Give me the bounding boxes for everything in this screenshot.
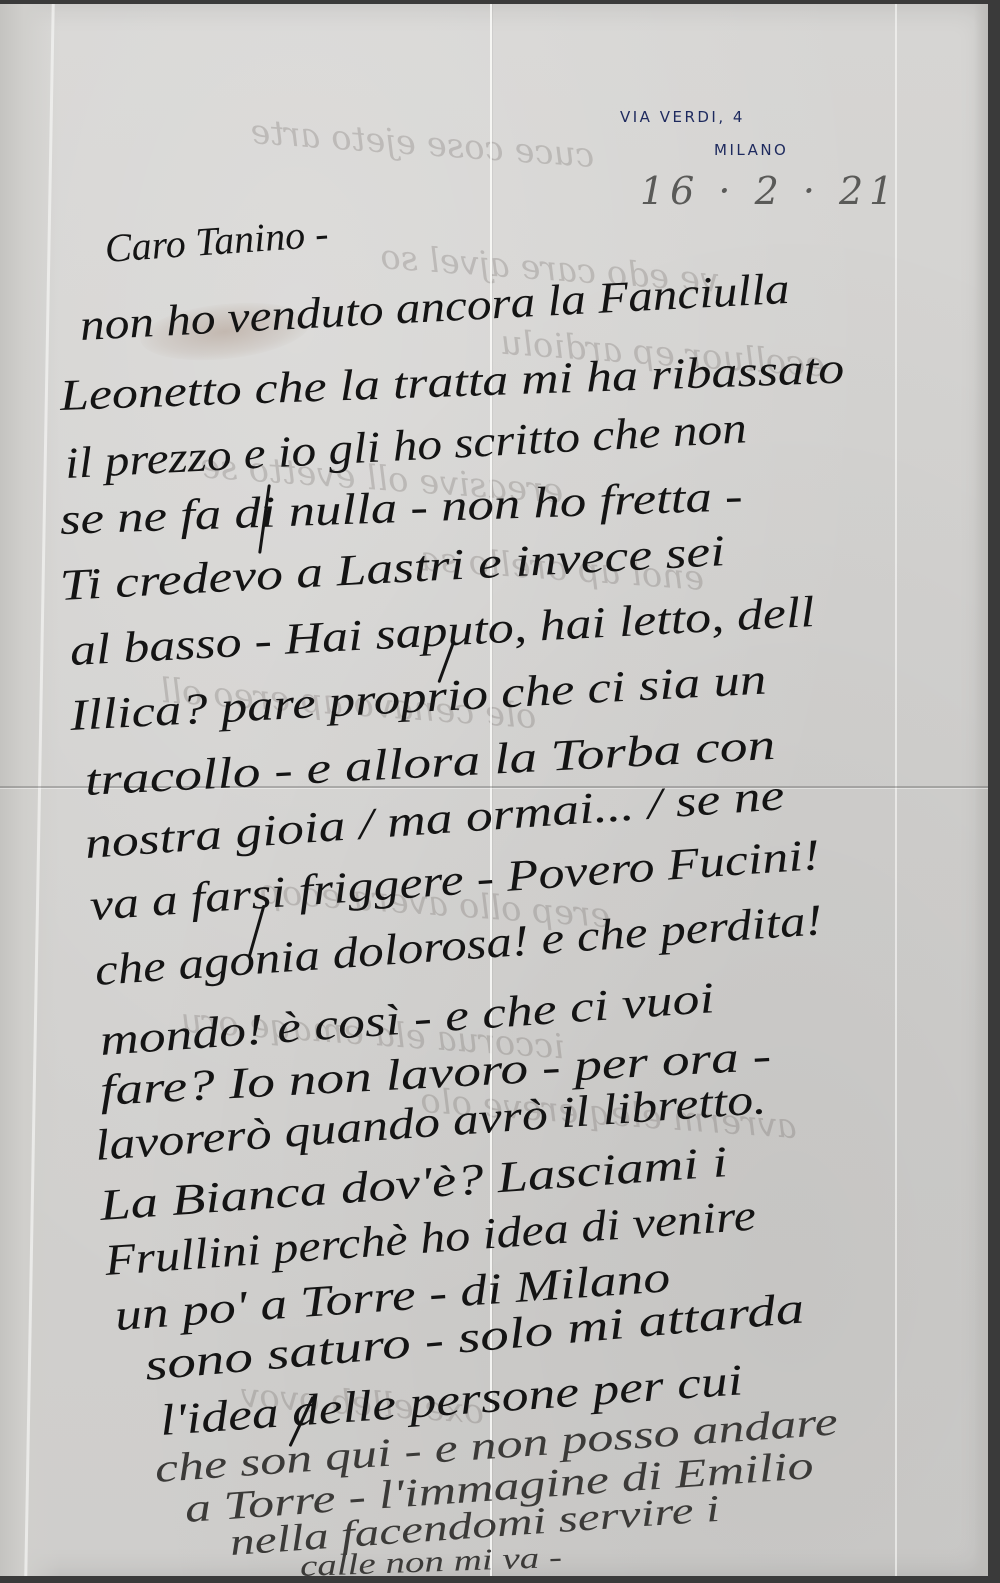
letterhead-address: VIA VERDI, 4 bbox=[620, 108, 745, 126]
salutation: Caro Tanino - bbox=[104, 213, 330, 269]
body-line: calle non mi va - bbox=[299, 1543, 562, 1576]
letter-paper: cuce cose ejeto arte ve edo care ajvel s… bbox=[0, 4, 988, 1576]
letter-date: 16 · 2 · 21 bbox=[640, 169, 899, 213]
letterhead-city: MILANO bbox=[714, 141, 788, 159]
show-through-writing: cuce cose ejeto arte bbox=[249, 112, 596, 176]
paper-right-edge bbox=[974, 4, 988, 1576]
vertical-fold bbox=[895, 4, 897, 1576]
